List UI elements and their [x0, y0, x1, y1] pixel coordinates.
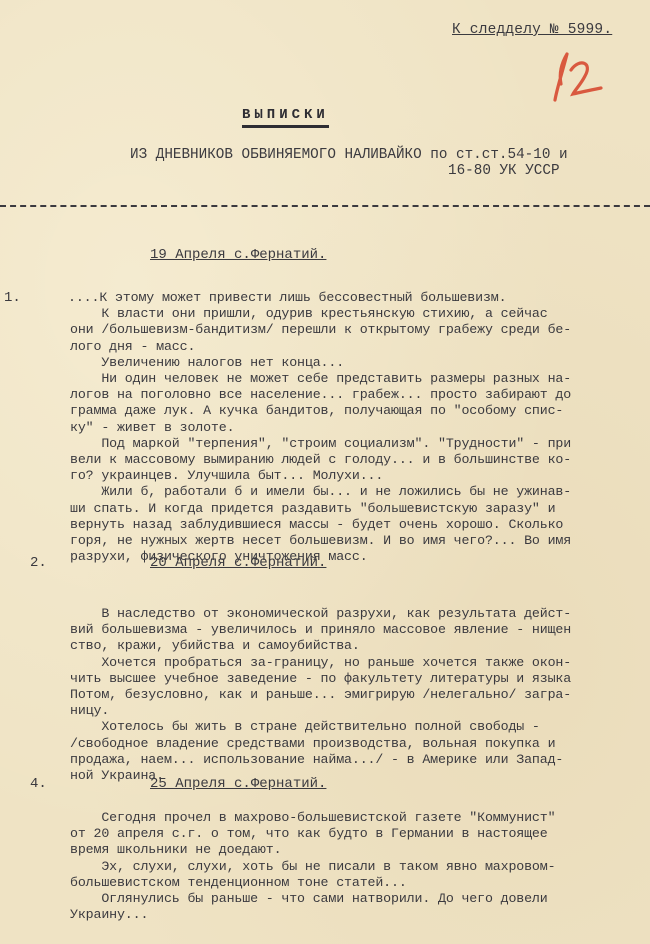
text-line: Жили б, работали б и имели бы... и не ло…: [70, 484, 571, 499]
text-line: Увеличению налогов нет конца...: [70, 355, 344, 370]
entry-number: 4.: [30, 776, 47, 792]
text-line: го? украинцев. Улучшила быт... Молухи...: [70, 468, 383, 483]
text-line: В наследство от экономической разрухи, к…: [70, 606, 571, 621]
text-line: грамма даже лук. А кучка бандитов, получ…: [70, 403, 563, 418]
text-line: ницу.: [70, 703, 109, 718]
text-line: Хотелось бы жить в стране действительно …: [70, 719, 540, 734]
text-line: чить высшее учебное заведение - по факул…: [70, 671, 571, 686]
handwritten-page-number: [545, 48, 605, 108]
text-line: ку" - живет в золоте.: [70, 420, 234, 435]
text-line: Украину...: [70, 907, 148, 922]
text-line: время школьники не доедают.: [70, 842, 281, 857]
subtitle-line-1: ИЗ ДНЕВНИКОВ ОБВИНЯЕМОГО НАЛИВАЙКО по ст…: [130, 147, 568, 163]
text-line: от 20 апреля с.г. о том, что как будто в…: [70, 826, 548, 841]
text-line: лого дня - масс.: [70, 339, 195, 354]
text-line: логов на поголовно все население... граб…: [70, 387, 571, 402]
text-line: ....К этому может привести лишь бессовес…: [68, 290, 506, 305]
text-line: вий большевизма - увеличилось и приняло …: [70, 622, 571, 637]
text-line: вели к массовому вымиранию людей с голод…: [70, 452, 571, 467]
document-title: ВЫПИСКИ: [242, 107, 329, 128]
text-line: Оглянулись бы раньше - что сами натворил…: [70, 891, 548, 906]
text-line: вернуть назад заблудившиеся массы - буде…: [70, 517, 563, 532]
text-line: /свободное владение средствами производс…: [70, 736, 555, 751]
text-line: они /большевизм-бандитизм/ перешли к отк…: [70, 322, 571, 337]
entry-date: 19 Апреля с.Фернатий.: [150, 247, 326, 263]
text-line: Хочется пробраться за-границу, но раньше…: [70, 655, 571, 670]
text-line: К власти они пришли, одурив крестьянскую…: [70, 306, 548, 321]
text-line: Под маркой "терпения", "строим социализм…: [70, 436, 571, 451]
text-line: горя, не нужных жертв несет большевизм. …: [70, 533, 571, 548]
entry-number: 2.: [30, 555, 47, 571]
text-line: Ни один человек не может себе представит…: [70, 371, 571, 386]
entry-date: 20 Апреля с.Фернатий.: [150, 555, 326, 571]
text-line: большевистском тенденционном тоне статей…: [70, 875, 407, 890]
subtitle-line-2: 16-80 УК УССР: [448, 163, 560, 179]
text-line: Эх, слухи, слухи, хоть бы не писали в та…: [70, 859, 555, 874]
text-line: Потом, безусловно, как и раньше... эмигр…: [70, 687, 571, 702]
entry-number: 1.: [4, 290, 21, 306]
text-line: ши спать. И когда придется раздавить "бо…: [70, 501, 555, 516]
text-line: Сегодня прочел в махрово-большевистской …: [70, 810, 555, 825]
text-line: ство, кражи, убийства и самоубийства.: [70, 638, 360, 653]
divider-rule: [0, 205, 650, 207]
entry-date: 25 Апреля с.Фернатий.: [150, 776, 326, 792]
case-reference: К следделу № 5999.: [452, 22, 612, 38]
text-line: продажа, наем... использование найма.../…: [70, 752, 563, 767]
